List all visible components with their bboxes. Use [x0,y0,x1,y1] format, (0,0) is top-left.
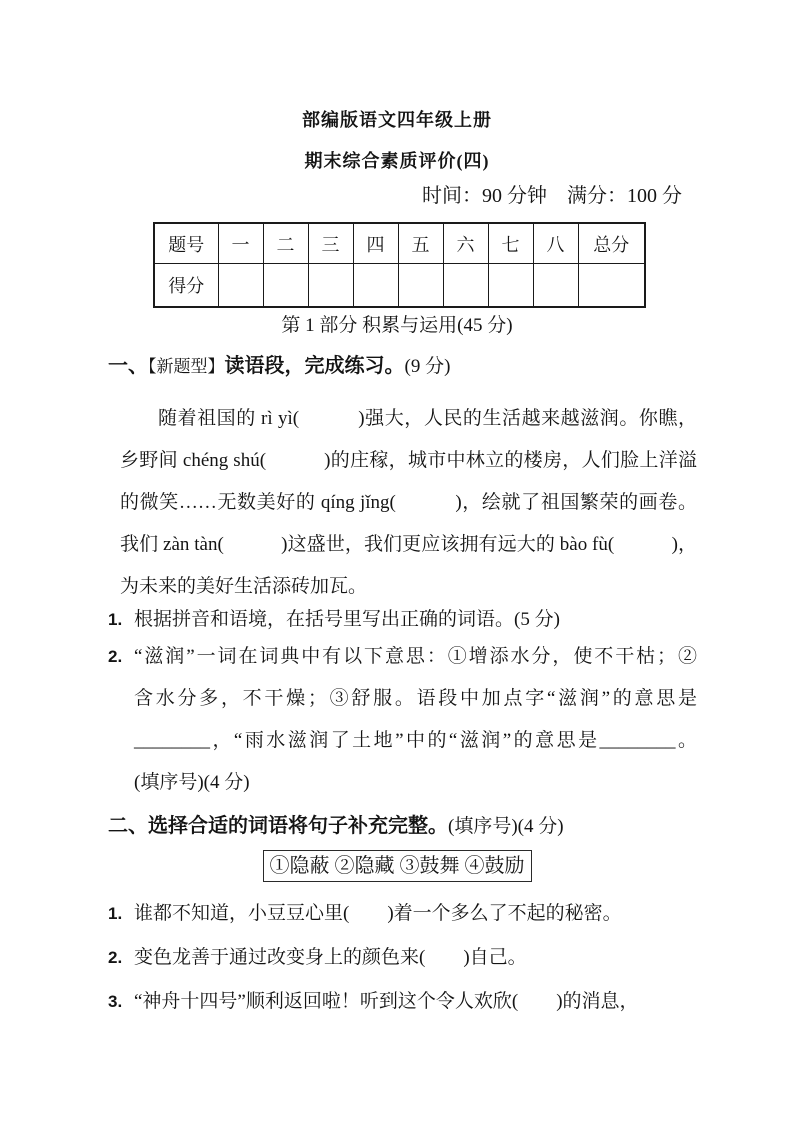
part1-heading: 第 1 部分 积累与运用(45 分) [0,314,794,338]
score-table-cell: 五 [398,223,443,264]
score-table-empty-cell [488,264,533,308]
score-table-empty-cell [398,264,443,308]
section2-items: 1.谁都不知道，小豆豆心里( )着一个多么了不起的秘密。 2.变色龙善于通过改变… [108,892,697,1024]
score-table-empty-cell [263,264,308,308]
score-table-cell: 一 [218,223,263,264]
passage-line: 随着祖国的 rì yì( )强大，人民的生活越来越滋润。你瞧， [120,398,697,440]
score-table-cell: 总分 [578,223,645,264]
score-table-cell: 二 [263,223,308,264]
question-2-line: “滋润”一词在词典中有以下意思：①增添水分，使不干枯；② [134,636,697,678]
passage-line: 为未来的美好生活添砖加瓦。 [120,566,697,608]
passage-line: 我们 zàn tàn( )这盛世，我们更应该拥有远大的 bào fù( )， [120,524,697,566]
question-2: 2. “滋润”一词在词典中有以下意思：①增添水分，使不干枯；② 含水分多，不干燥… [108,636,697,804]
passage-line: 的微笑……无数美好的 qíng jǐng( )，绘就了祖国繁荣的画卷。 [120,482,697,524]
score-table-empty-cell [218,264,263,308]
score-table-empty-cell [443,264,488,308]
word-options-box: ①隐蔽 ②隐藏 ③鼓舞 ④鼓励 [263,850,532,882]
exam-time-and-score-info: 时间：90 分钟 满分：100 分 [422,184,682,208]
score-table-cell: 四 [353,223,398,264]
section2-item: 3.“神舟十四号”顺利返回啦！听到这个令人欢欣( )的消息， [108,980,697,1024]
score-table-cell: 题号 [154,223,218,264]
score-table-cell: 六 [443,223,488,264]
section1-number: 一、 [108,355,148,377]
score-table-empty-cell [578,264,645,308]
section2-item-number: 1. [108,892,134,936]
section2-item-number: 3. [108,980,134,1024]
question-2-line: (填序号)(4 分) [134,762,697,804]
score-table-empty-cell [353,264,398,308]
question-2-line: 含水分多，不干燥；③舒服。语段中加点字“滋润”的意思是 [134,678,697,720]
score-table-cell: 得分 [154,264,218,308]
section2-item: 2.变色龙善于通过改变身上的颜色来( )自己。 [108,936,697,980]
score-table-score-row: 得分 [154,264,645,308]
score-table-cell: 八 [533,223,578,264]
section2-suffix: (填序号)(4 分) [448,816,564,837]
question-2-lines: “滋润”一词在词典中有以下意思：①增添水分，使不干枯；② 含水分多，不干燥；③舒… [134,636,697,804]
section2-item-number: 2. [108,936,134,980]
reading-passage: 随着祖国的 rì yì( )强大，人民的生活越来越滋润。你瞧， 乡野间 chén… [120,398,697,608]
section2-item-text: 变色龙善于通过改变身上的颜色来( )自己。 [134,947,527,968]
passage-line: 乡野间 chéng shú( )的庄稼，城市中林立的楼房，人们脸上洋溢 [120,440,697,482]
score-table-cell: 三 [308,223,353,264]
section1-new-type-tag: 【新题型】 [148,357,225,376]
score-table-cell: 七 [488,223,533,264]
exam-paper-page: 部编版语文四年级上册 期末综合素质评价(四) 时间：90 分钟 满分：100 分… [0,0,794,1123]
question-1-text: 根据拼音和语境，在括号里写出正确的词语。(5 分) [134,609,560,630]
section2-item-text: “神舟十四号”顺利返回啦！听到这个令人欢欣( )的消息， [134,991,639,1012]
section2-number: 二、 [108,815,148,837]
section2-item-text: 谁都不知道，小豆豆心里( )着一个多么了不起的秘密。 [134,903,622,924]
question-1-number: 1. [108,606,134,634]
section2-heading: 二、选择合适的词语将句子补充完整。(填序号)(4 分) [108,812,697,841]
score-table-empty-cell [308,264,353,308]
section1-score: (9 分) [405,356,451,377]
section2-title: 选择合适的词语将句子补充完整。 [148,815,448,837]
word-options-wrapper: ①隐蔽 ②隐藏 ③鼓舞 ④鼓励 [0,850,794,882]
section1-title: 读语段，完成练习。 [225,355,405,377]
question-2-line: ________，“雨水滋润了土地”中的“滋润”的意思是________。 [134,720,697,762]
doc-subtitle: 期末综合素质评价(四) [0,147,794,173]
section1-heading: 一、【新题型】读语段，完成练习。(9 分) [108,352,697,381]
score-table-empty-cell [533,264,578,308]
section2-item: 1.谁都不知道，小豆豆心里( )着一个多么了不起的秘密。 [108,892,697,936]
question-1: 1.根据拼音和语境，在括号里写出正确的词语。(5 分) [108,606,697,634]
score-table-header-row: 题号 一 二 三 四 五 六 七 八 总分 [154,223,645,264]
doc-title: 部编版语文四年级上册 [0,106,794,132]
question-2-number: 2. [108,636,134,678]
score-table: 题号 一 二 三 四 五 六 七 八 总分 得分 [153,222,646,308]
